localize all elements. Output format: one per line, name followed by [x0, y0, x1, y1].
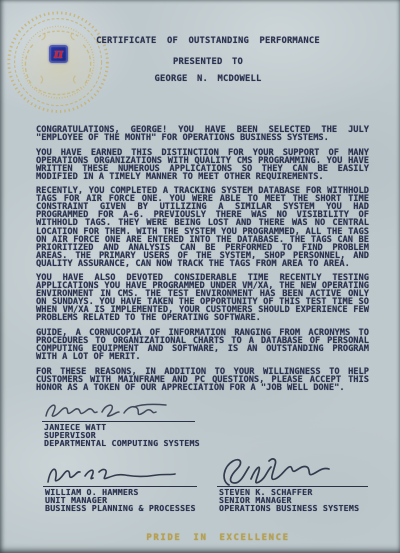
- recipient-name: GEORGE N. MCDOWELL: [16, 74, 400, 84]
- paragraph-congratulations: CONGRATULATIONS, GEORGE! YOU HAVE BEEN S…: [36, 126, 369, 142]
- presented-to-label: PRESENTED TO: [16, 57, 400, 67]
- signatory-details: JANIECE WATT SUPERVISOR DEPARTMENTAL COM…: [44, 423, 200, 447]
- paragraph-closing: FOR THESE REASONS, IN ADDITION TO YOUR W…: [36, 368, 369, 392]
- paragraph-distinction: YOU HAVE EARNED THIS DISTINCTION FOR YOU…: [36, 149, 369, 181]
- paragraph-vmxa-testing: YOU HAVE ALSO DEVOTED CONSIDERABLE TIME …: [36, 274, 369, 322]
- handwritten-signature-william: [45, 462, 177, 486]
- certificate-scan: π CERTIFICATE OF OUTSTANDING PERFORMANCE…: [0, 0, 400, 553]
- certificate-title: CERTIFICATE OF OUTSTANDING PERFORMANCE: [16, 36, 400, 46]
- paragraph-guide-program: GUIDE, A CORNUCOPIA OF INFORMATION RANGI…: [36, 329, 369, 361]
- handwritten-signature-janiece: [42, 400, 172, 422]
- signatory-details: WILLIAM O. HAMMERS UNIT MANAGER BUSINESS…: [45, 488, 196, 512]
- certificate-header: CERTIFICATE OF OUTSTANDING PERFORMANCE P…: [0, 36, 400, 84]
- signature-block-supervisor: JANIECE WATT SUPERVISOR DEPARTMENTAL COM…: [42, 398, 212, 454]
- signature-block-unit-manager: WILLIAM O. HAMMERS UNIT MANAGER BUSINESS…: [43, 462, 213, 518]
- signatory-department: DEPARTMENTAL COMPUTING SYSTEMS: [44, 439, 200, 447]
- signatory-department: OPERATIONS BUSINESS SYSTEMS: [219, 504, 359, 512]
- handwritten-signature-steven: [219, 455, 334, 489]
- paragraph-tracking-system: RECENTLY, YOU COMPLETED A TRACKING SYSTE…: [36, 187, 369, 267]
- signatory-department: BUSINESS PLANNING & PROCESSES: [45, 504, 196, 512]
- signature-block-senior-manager: STEVEN K. SCHAFFER SENIOR MANAGER OPERAT…: [217, 455, 377, 517]
- footer-motto: PRIDE IN EXCELLENCE: [0, 533, 400, 543]
- signatory-details: STEVEN K. SCHAFFER SENIOR MANAGER OPERAT…: [219, 488, 359, 512]
- certificate-body: CONGRATULATIONS, GEORGE! YOU HAVE BEEN S…: [36, 126, 369, 398]
